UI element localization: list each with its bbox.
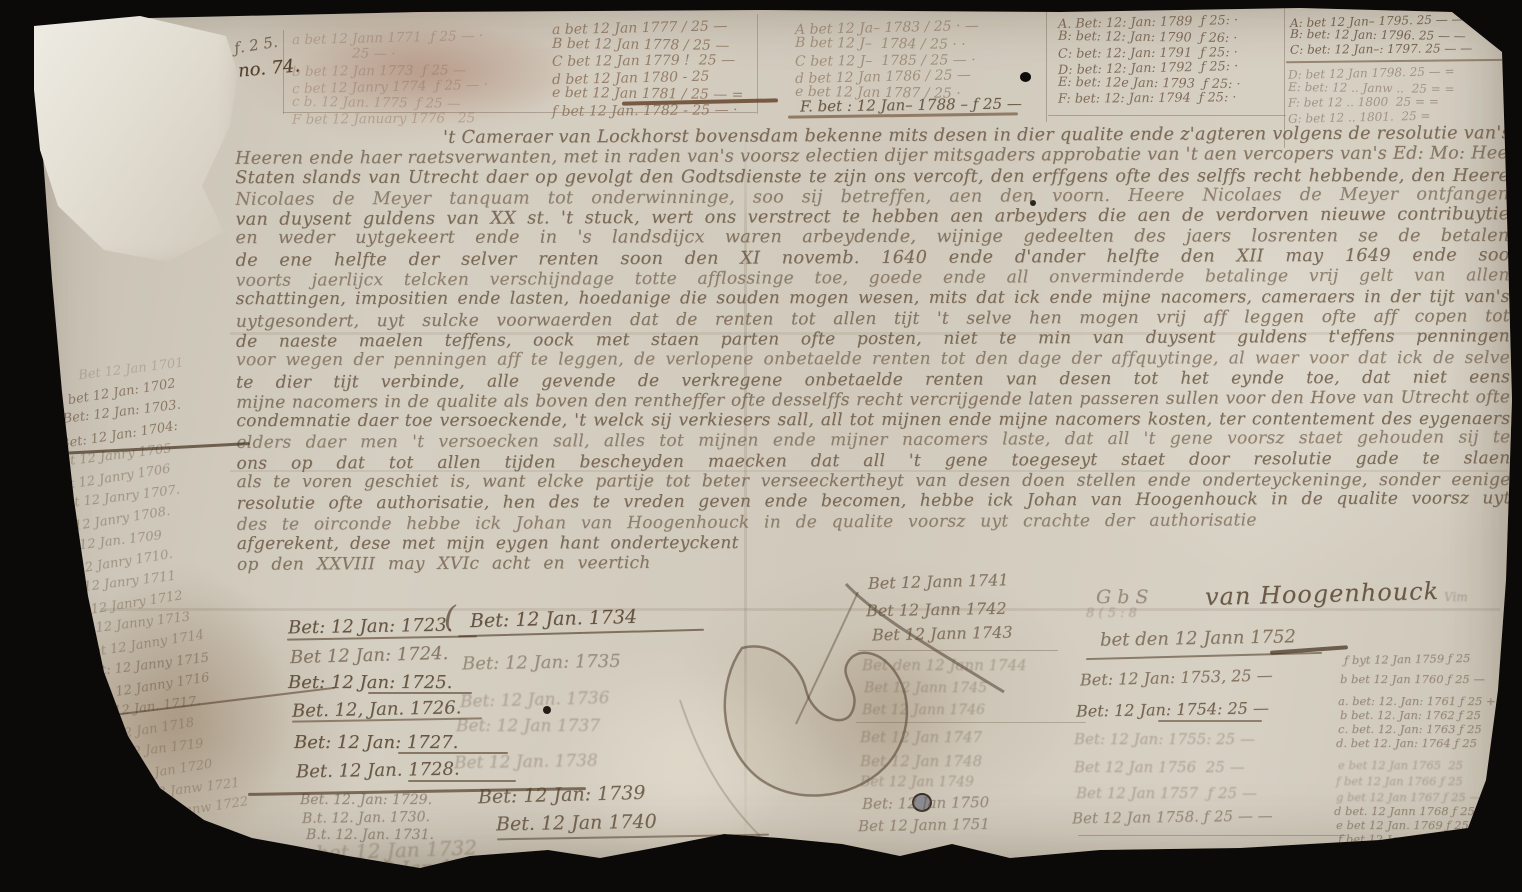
payment-entry: Bet 12 Jan 1747	[860, 728, 982, 746]
payment-entry: Bet: 12 Jan: 1755: 25 —	[1074, 730, 1255, 748]
margin-fragment: 8 ( 5 : 8	[1086, 606, 1137, 621]
stain	[800, 620, 980, 820]
payment-entry: ƒ bet 12 Jan: 1770 ƒ 25	[1338, 832, 1469, 846]
payment-entry: e bet 12 Jan 1765 25	[1338, 758, 1463, 772]
payment-entry: Bet: 12 Jan: 1754: 25 —	[1076, 698, 1269, 720]
ruled-line	[1048, 115, 1286, 116]
payment-entry: c. bet. 12. Jan: 1763 ƒ 25	[1338, 722, 1482, 736]
payment-entry: F bet 12 January 1776 25	[292, 111, 488, 129]
payment-entry: Bet: 12 Jan: 1727.	[294, 732, 458, 753]
payment-entry: f bet 12 Jan. 1782 - 25 — ·	[552, 102, 744, 120]
manuscript-line: resolutie ofte authorisatie, hen des te …	[237, 489, 1511, 515]
payment-column-1780s-a: A bet 12 Ja– 1783 / 25 · — B bet 12 J– 1…	[795, 20, 979, 101]
manuscript-line: op den XXVIII may XVIc acht en veertich	[237, 553, 777, 576]
ink-underline	[1158, 720, 1262, 722]
payment-column-1795-97: A: bet 12 Jan– 1795. 25 — — B: bet: 12 J…	[1290, 14, 1472, 57]
payment-entry: Bet: 12 Jan 1737	[456, 716, 600, 736]
payment-entry: Bet. 12, Jan. 1726.	[292, 697, 462, 722]
payment-entry: a. bet: 12. Jan: 1761 ƒ 25 +	[1338, 694, 1496, 708]
payment-entry: Bet: 12 Jan: 1725.	[288, 672, 452, 693]
payment-entry: Bet 12 Jan 1757 ƒ 25 —	[1076, 784, 1257, 802]
signature-initials: G b S	[1096, 586, 1148, 608]
payment-entry: Bet: 12 Jan: 1723.	[288, 615, 453, 639]
ruled-line	[757, 14, 758, 114]
payment-entry: e bet 12 Jan 1781 / 25 — =	[552, 85, 744, 104]
payment-entry: d bet. 12 Jann 1768 ƒ 25 —	[1334, 804, 1490, 818]
payment-entry: Bet. 12 Jan. 1728.	[296, 759, 460, 783]
ruled-line	[1286, 59, 1518, 63]
payment-entry: B.t. 12. Jan. 1730.	[302, 809, 430, 827]
signature: van Hoogenhouck	[1205, 577, 1440, 611]
payment-entry: Bet 12 Jan: 1724.	[290, 643, 449, 668]
payment-entry: Bet 12 Jann 1742	[866, 599, 1007, 620]
payment-entry: d. bet 12. Jan: 1764 ƒ 25	[1336, 736, 1477, 750]
payment-entry: b bet 12 Jan 1760 ƒ 25 —	[1340, 672, 1485, 686]
ink-underline	[408, 780, 516, 782]
manuscript-line: des te oirconde hebbe ick Johan van Hoog…	[237, 510, 1257, 535]
payment-entry: bet 12 Jan 1733	[330, 853, 492, 883]
payment-entry: ƒ byt 12 Jan 1759 ƒ 25	[1344, 651, 1471, 667]
margin-payment-column: Bet 12 Jan 1701 bet 12 Jan: 1702 Bet: 12…	[44, 356, 250, 831]
ruled-line	[1046, 10, 1047, 122]
ruled-line	[858, 650, 1058, 651]
payment-entry: Bet 12 Jann 1751	[858, 815, 990, 835]
payment-column-1770s-b: a bet 12 Jan 1777 / 25 — B bet 12 Jan 17…	[552, 20, 743, 120]
payment-entry: B bet 12 J– 1784 / 25 · ·	[795, 35, 979, 54]
payment-entry: bet den 12 Jann 1752	[1100, 626, 1296, 650]
payment-entry: g bet 12 Jan 1767 ƒ 25 —	[1336, 790, 1481, 804]
payment-entry: e bet 12 Jan. 1769 ƒ 25	[1336, 818, 1469, 832]
flourish: (	[444, 600, 456, 635]
payment-column-1789-94: A. Bet: 12: Jan: 1789 ƒ 25: · B: bet: 12…	[1058, 15, 1241, 107]
payment-entry: Bet 12 Jann 1746	[862, 702, 985, 718]
payment-entry: Bet: 12 Jan 1750	[862, 793, 989, 813]
payment-entry: Bet 12 Jan 1758. ƒ 25 — —	[1072, 807, 1273, 828]
payment-entry: Bet 12 Jan 1748	[860, 752, 982, 770]
deed-body-text: 't Cameraer van Lockhorst bovensdam beke…	[235, 123, 1511, 575]
payment-column-1770s-a: a bet 12 Jann 1771 ƒ 25 — · 25 — · b bet…	[292, 30, 488, 128]
payment-entry: B: bet: 12: Jan: 1790 ƒ 26: ·	[1058, 29, 1241, 47]
payment-entry: Bet 12 Jan. 1738	[454, 751, 598, 774]
payment-entry: Bet 12 Jann 1741	[868, 570, 1009, 593]
margin-fragment: Vim	[1444, 590, 1468, 604]
payment-entry: Bet. 12. Jan: 1729.	[300, 792, 432, 808]
payment-entry: Bet: 12 Jan. 1734	[470, 606, 638, 632]
payment-entry: Bet. 12 Jan 1740	[496, 811, 657, 836]
payment-entry: Bet 12 Jann 1743	[872, 623, 1013, 645]
payment-entry: Bet den 12 Jann 1744	[862, 656, 1027, 674]
payment-entry: b bet. 12. Jan: 1762 ƒ 25	[1340, 708, 1481, 722]
payment-entry: C: bet: 12 Jan–: 1797. 25 — —	[1290, 42, 1472, 58]
payment-entry: Bet: 12 Jan: 1735	[462, 651, 621, 675]
payment-entry: Bet 12 Jann 1745	[864, 680, 987, 696]
folio-mark: ƒ. 2 5.	[233, 33, 279, 58]
ruled-line	[856, 722, 1086, 723]
ruled-line	[1078, 835, 1346, 836]
payment-column-1798-1801: D: bet 12 Jan 1798. 25 — = E: bet: 12 ..…	[1288, 66, 1455, 124]
payment-entry: F: bet: 12: Jan: 1794 ƒ 25: ·	[1058, 91, 1241, 108]
manuscript-line: afgerekent, dese met mijn eygen hant ond…	[237, 533, 877, 554]
parchment: ƒ. 2 5. no. 74. a bet 12 Jann 1771 ƒ 25 …	[0, 0, 1522, 892]
payment-entry: Bet 12 Jan 1756 25 —	[1074, 758, 1245, 776]
payment-entry: F. bet : 12 Jan– 1788 – ƒ 25 —	[800, 94, 1022, 115]
payment-entry: f bet 12 Jan 1766 ƒ 25	[1336, 774, 1463, 788]
manuscript-photo: ƒ. 2 5. no. 74. a bet 12 Jann 1771 ƒ 25 …	[0, 0, 1522, 892]
payment-entry: 25 — ·	[292, 45, 488, 64]
payment-entry: Bet 12 Jan 1749	[860, 774, 974, 790]
wormhole	[1020, 72, 1031, 82]
payment-entry: Bet: 12 Jan. 1736	[460, 688, 610, 712]
payment-entry: Bet: 12 Jan: 1739	[478, 782, 646, 808]
ink-underline	[1086, 652, 1322, 660]
payment-entry: Bet: 12 Jan: 1753, 25 —	[1080, 665, 1273, 689]
